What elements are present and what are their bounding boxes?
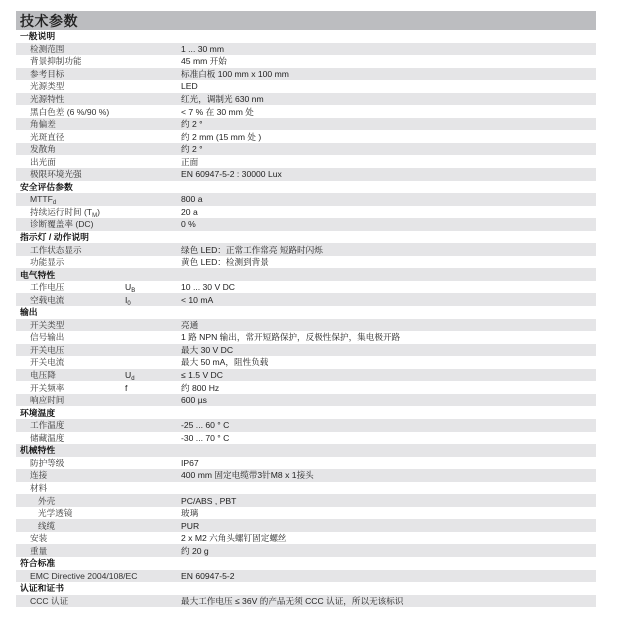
spec-value: 约 2 mm (15 mm 处 ) [181,131,261,143]
spec-label: 光学透镜 [16,507,125,519]
section-header: 电气特性 [16,268,596,281]
spec-row: 光斑直径约 2 mm (15 mm 处 ) [16,130,596,143]
spec-value: 最大 50 mA，阻性负载 [181,356,268,368]
section-header: 环境温度 [16,406,596,419]
spec-row: 工作温度-25 ... 60 ° C [16,419,596,432]
spec-value: 800 a [181,193,203,205]
section-header: 机械特性 [16,444,596,457]
section-title: 符合标准 [16,557,55,569]
spec-value: 最大工作电压 ≤ 36V 的产品无须 CCC 认证，所以无该标识 [181,595,403,607]
spec-label: 工作电压 [16,281,125,293]
spec-label: 连接 [16,469,125,481]
spec-value: PUR [181,520,199,532]
spec-value: LED [181,80,198,92]
spec-value: 最大 30 V DC [181,344,233,356]
spec-row: 光源特性红光，调制光 630 nm [16,93,596,106]
spec-value: PC/ABS , PBT [181,495,236,507]
spec-row: 极限环境光强EN 60947-5-2 : 30000 Lux [16,168,596,181]
spec-row: 光学透镜玻璃 [16,507,596,520]
spec-label: 光源类型 [16,80,125,92]
spec-value: 约 20 g [181,545,209,557]
spec-row: 开关电压最大 30 V DC [16,344,596,357]
spec-label: 诊断覆盖率 (DC) [16,218,125,230]
spec-value: ≤ 1.5 V DC [181,369,223,381]
spec-row: 空载电流I0< 10 mA [16,293,596,306]
spec-value: EN 60947-5-2 : 30000 Lux [181,168,282,180]
spec-row: 安装2 x M2 六角头螺钉固定螺丝 [16,532,596,545]
spec-row: 材料 [16,482,596,495]
spec-value: EN 60947-5-2 [181,570,235,582]
spec-value: < 7 % 在 30 mm 处 [181,106,254,118]
section-title: 输出 [16,306,38,318]
spec-row: EMC Directive 2004/108/ECEN 60947-5-2 [16,570,596,583]
section-title: 机械特性 [16,444,55,456]
spec-row: 背景抑制功能45 mm 开始 [16,55,596,68]
spec-label: 光斑直径 [16,131,125,143]
spec-row: 角偏差约 2 ° [16,118,596,131]
spec-row: 功能显示黄色 LED：检测到背景 [16,256,596,269]
spec-row: 光源类型LED [16,80,596,93]
spec-value: 黄色 LED：检测到背景 [181,256,269,268]
spec-row: 发散角约 2 ° [16,143,596,156]
spec-label: CCC 认证 [16,595,125,607]
sheet-title: 技术参数 [16,11,596,30]
spec-value: 20 a [181,206,198,218]
spec-row: 响应时间600 µs [16,394,596,407]
spec-label: 发散角 [16,143,125,155]
section-header: 一般说明 [16,30,596,43]
spec-label: EMC Directive 2004/108/EC [16,570,125,582]
spec-label: 出光面 [16,156,125,168]
section-header: 输出 [16,306,596,319]
spec-value: 标准白板 100 mm x 100 mm [181,68,289,80]
spec-row: 信号输出1 路 NPN 输出，常开短路保护，反极性保护，集电极开路 [16,331,596,344]
spec-value: 红光，调制光 630 nm [181,93,264,105]
section-title: 一般说明 [16,30,55,42]
spec-label: 黑白色差 (6 %/90 %) [16,106,125,118]
spec-label: 外壳 [16,495,125,507]
spec-row: 诊断覆盖率 (DC)0 % [16,218,596,231]
spec-row: 储藏温度-30 ... 70 ° C [16,432,596,445]
spec-value: 约 800 Hz [181,382,219,394]
spec-label: 防护等级 [16,457,125,469]
spec-row: 防护等级IP67 [16,457,596,470]
spec-value: IP67 [181,457,199,469]
spec-row: 重量约 20 g [16,544,596,557]
spec-value: 绿色 LED：正常工作常亮 短路时闪烁 [181,244,323,256]
spec-row: 开关类型亮通 [16,319,596,332]
spec-value: 0 % [181,218,196,230]
spec-symbol: Ud [125,369,181,381]
section-title: 安全评估参数 [16,181,73,193]
spec-row: 持续运行时间 (TM)20 a [16,206,596,219]
section-header: 认证和证书 [16,582,596,595]
spec-symbol: f [125,382,181,394]
spec-row: 检测范围1 ... 30 mm [16,43,596,56]
spec-value: 1 ... 30 mm [181,43,224,55]
spec-value: -30 ... 70 ° C [181,432,229,444]
spec-value: < 10 mA [181,294,213,306]
spec-sheet: 技术参数 一般说明检测范围1 ... 30 mm背景抑制功能45 mm 开始参考… [16,11,596,607]
spec-label: 持续运行时间 (TM) [16,206,125,218]
spec-value: 2 x M2 六角头螺钉固定螺丝 [181,532,287,544]
spec-value: 亮通 [181,319,198,331]
spec-value: 约 2 ° [181,143,203,155]
spec-label: 开关电流 [16,356,125,368]
spec-value: 10 ... 30 V DC [181,281,235,293]
spec-value: 玻璃 [181,507,198,519]
section-title: 认证和证书 [16,582,64,594]
spec-label: 开关电压 [16,344,125,356]
section-header: 安全评估参数 [16,181,596,194]
section-title: 环境温度 [16,407,55,419]
spec-value: -25 ... 60 ° C [181,419,229,431]
spec-row: 工作状态显示绿色 LED：正常工作常亮 短路时闪烁 [16,243,596,256]
spec-symbol: UB [125,281,181,293]
spec-label: 开关频率 [16,382,125,394]
section-header: 符合标准 [16,557,596,570]
spec-label: 电压降 [16,369,125,381]
spec-label: 光源特性 [16,93,125,105]
spec-label: 安装 [16,532,125,544]
spec-label: 极限环境光强 [16,168,125,180]
spec-row: 线缆PUR [16,519,596,532]
spec-label: MTTFd [16,193,125,205]
spec-row: 连接400 mm 固定电缆带3针M8 x 1接头 [16,469,596,482]
spec-label: 检测范围 [16,43,125,55]
spec-table: 一般说明检测范围1 ... 30 mm背景抑制功能45 mm 开始参考目标标准白… [16,30,596,607]
spec-label: 材料 [16,482,125,494]
spec-row: 出光面正面 [16,155,596,168]
spec-label: 重量 [16,545,125,557]
spec-label: 开关类型 [16,319,125,331]
spec-row: 工作电压UB10 ... 30 V DC [16,281,596,294]
spec-label: 信号输出 [16,331,125,343]
spec-value: 400 mm 固定电缆带3针M8 x 1接头 [181,469,314,481]
spec-label: 响应时间 [16,394,125,406]
section-title: 指示灯 / 动作说明 [16,231,89,243]
spec-value: 1 路 NPN 输出，常开短路保护，反极性保护，集电极开路 [181,331,400,343]
spec-row: 开关频率f约 800 Hz [16,381,596,394]
spec-label: 功能显示 [16,256,125,268]
spec-row: CCC 认证最大工作电压 ≤ 36V 的产品无须 CCC 认证，所以无该标识 [16,595,596,608]
spec-row: MTTFd800 a [16,193,596,206]
spec-value: 45 mm 开始 [181,55,227,67]
section-title: 电气特性 [16,269,55,281]
spec-label: 空载电流 [16,294,125,306]
spec-value: 600 µs [181,394,207,406]
spec-row: 开关电流最大 50 mA，阻性负载 [16,356,596,369]
spec-label: 工作温度 [16,419,125,431]
spec-label: 工作状态显示 [16,244,125,256]
spec-symbol: I0 [125,294,181,306]
section-header: 指示灯 / 动作说明 [16,231,596,244]
spec-label: 角偏差 [16,118,125,130]
spec-value: 约 2 ° [181,118,203,130]
spec-row: 外壳PC/ABS , PBT [16,494,596,507]
spec-value: 正面 [181,156,198,168]
spec-row: 参考目标标准白板 100 mm x 100 mm [16,68,596,81]
spec-label: 储藏温度 [16,432,125,444]
spec-label: 背景抑制功能 [16,55,125,67]
spec-label: 线缆 [16,520,125,532]
spec-row: 黑白色差 (6 %/90 %)< 7 % 在 30 mm 处 [16,105,596,118]
spec-label: 参考目标 [16,68,125,80]
spec-row: 电压降Ud≤ 1.5 V DC [16,369,596,382]
